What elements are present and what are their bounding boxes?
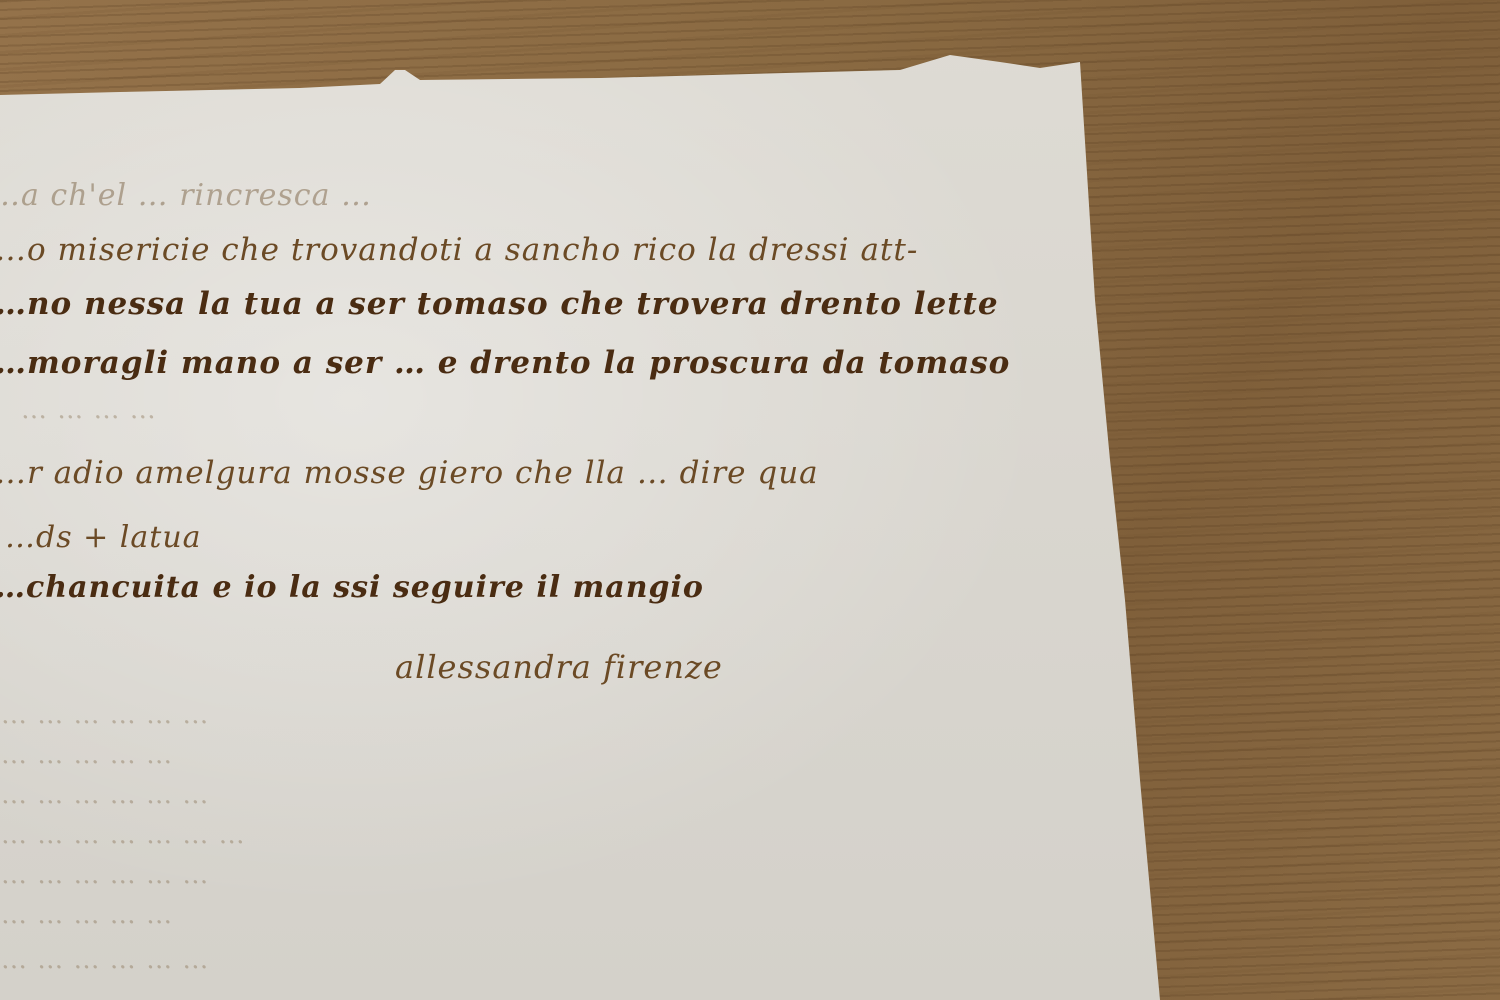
bleed-through-line: … … … … … (0, 740, 172, 770)
bleed-through-line: … … … … … … (0, 945, 208, 975)
bleed-through-line: … … … … … … (0, 860, 208, 890)
bleed-through-line: … … … … … … … (0, 820, 245, 850)
manuscript-line-5: …ds + latua (5, 520, 202, 555)
bleed-through-line: … … … … … … (0, 700, 208, 730)
manuscript-line-4: …r adio amelgura mosse giero che lla … d… (0, 455, 819, 491)
manuscript-line-0: …a ch'el … rincresca … (0, 178, 372, 213)
manuscript-line-1: …o misericie che trovandoti a sancho ric… (0, 232, 918, 268)
manuscript-line-3: …moragli mano a ser … e drento la proscu… (0, 345, 1010, 381)
bleed-through-line: … … … … … … (0, 780, 208, 810)
signature: allessandra firenze (395, 648, 723, 686)
bleed-through-line: … … … … (20, 395, 156, 425)
manuscript-line-6: …chancuita e io la ssi seguire il mangio (0, 570, 704, 605)
manuscript-line-2: …no nessa la tua a ser tomaso che trover… (0, 286, 999, 322)
manuscript-paper: …a ch'el … rincresca … …o misericie che … (0, 0, 1170, 1000)
bleed-through-line: … … … … … (0, 900, 172, 930)
